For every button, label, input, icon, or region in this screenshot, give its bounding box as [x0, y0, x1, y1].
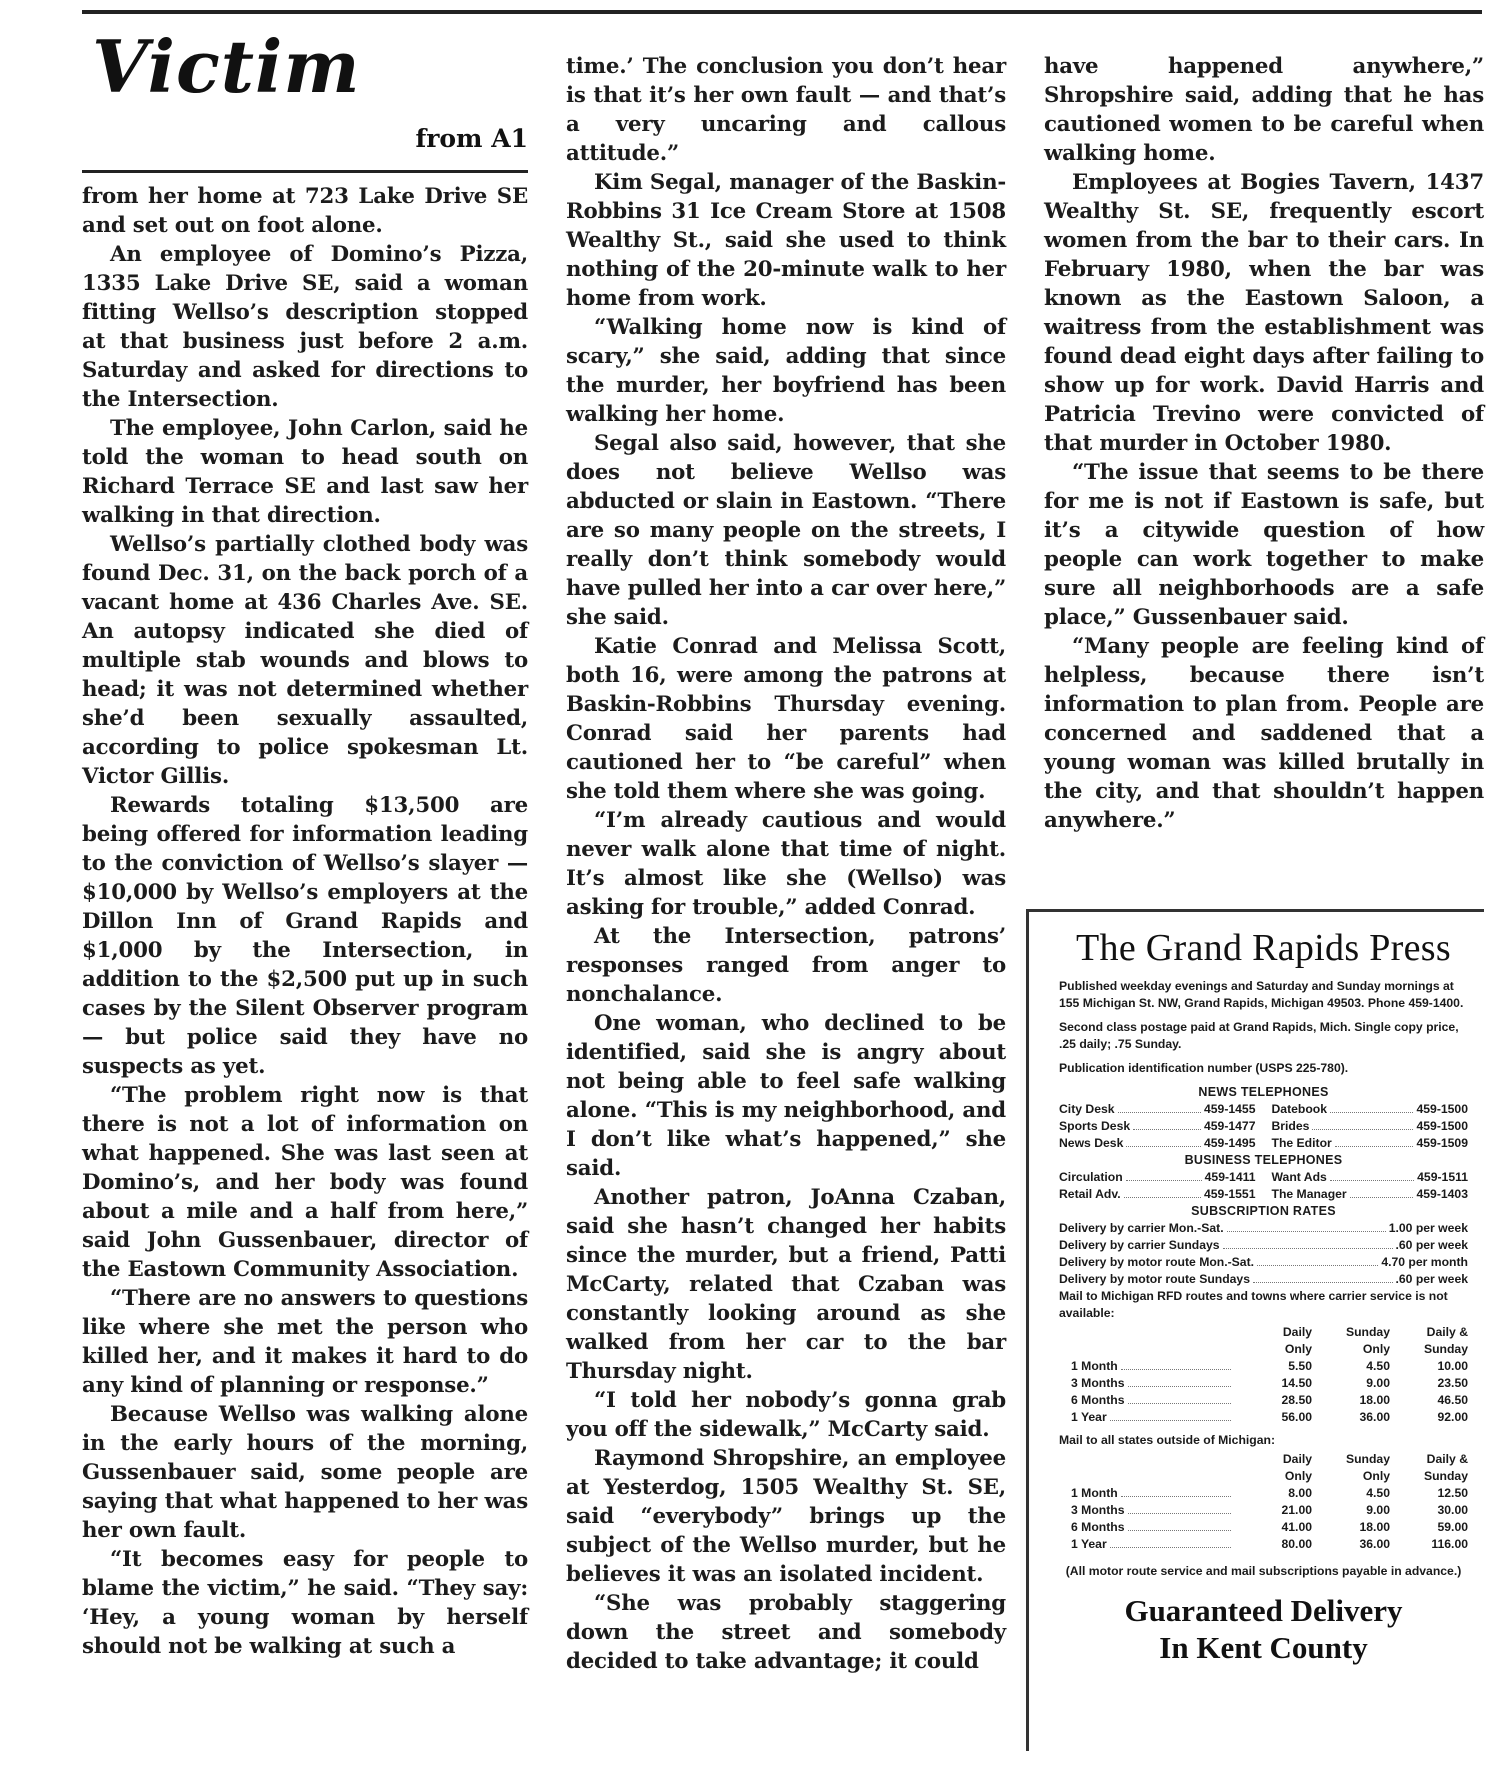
period-label: 6 Months: [1071, 1392, 1125, 1409]
phone-entry: The Manager459-1403: [1272, 1186, 1469, 1203]
paragraph: Segal also said, however, that she does …: [566, 429, 1006, 632]
dot-leader: [1110, 1420, 1231, 1421]
phone-entry: Retail Adv.459-1551: [1059, 1186, 1256, 1203]
rate-label: Delivery by carrier Sundays: [1059, 1237, 1220, 1254]
outside-michigan-note: Mail to all states outside of Michigan:: [1059, 1432, 1468, 1449]
dot-leader: [1350, 1197, 1414, 1198]
michigan-rates-table: DailyOnly SundayOnly Daily &Sunday 1 Mon…: [1059, 1324, 1468, 1426]
period-label: 6 Months: [1071, 1519, 1125, 1536]
rate-cell: 4.50: [1312, 1485, 1390, 1502]
header-line: Only: [1363, 1469, 1390, 1483]
phone-number: 459-1495: [1204, 1135, 1256, 1152]
article-body: have happened anywhere,” Shropshire said…: [1044, 52, 1484, 835]
table-header-blank: [1059, 1451, 1234, 1485]
paragraph: “She was probably staggering down the st…: [566, 1589, 1006, 1676]
rate-cell: 92.00: [1390, 1409, 1468, 1426]
publication-info: Published weekday evenings and Saturday …: [1059, 978, 1468, 1012]
header-line: Daily &: [1427, 1325, 1468, 1339]
header-line: Only: [1285, 1342, 1312, 1356]
dot-leader: [1312, 1129, 1413, 1130]
phone-label: Retail Adv.: [1059, 1186, 1121, 1203]
rate-value: .60 per week: [1396, 1237, 1469, 1254]
header-line: Sunday: [1346, 1325, 1390, 1339]
paragraph: Wellso’s partially clothed body was foun…: [82, 530, 528, 791]
paragraph: “I’m already cautious and would never wa…: [566, 806, 1006, 922]
table-header-row: DailyOnly SundayOnly Daily &Sunday: [1059, 1324, 1468, 1358]
rate-cell: 41.00: [1234, 1519, 1312, 1536]
phone-label: Brides: [1272, 1118, 1310, 1135]
phone-number: 459-1509: [1416, 1135, 1468, 1152]
phone-entry: The Editor459-1509: [1272, 1135, 1469, 1152]
phone-number: 459-1500: [1416, 1118, 1468, 1135]
phone-entry: News Desk459-1495: [1059, 1135, 1256, 1152]
table-row: 6 Months28.5018.0046.50: [1059, 1392, 1468, 1409]
header-line: Daily &: [1427, 1452, 1468, 1466]
period-label: 3 Months: [1071, 1375, 1125, 1392]
column-header: SundayOnly: [1312, 1324, 1390, 1358]
rate-cell: 56.00: [1234, 1409, 1312, 1426]
michigan-mail-note: Mail to Michigan RFD routes and towns wh…: [1059, 1288, 1468, 1322]
business-telephones-list: Circulation459-1411 Want Ads459-1511 Ret…: [1059, 1169, 1468, 1203]
period-cell: 1 Month: [1059, 1485, 1234, 1502]
dot-leader: [1126, 1180, 1202, 1181]
jump-from-label: from A1: [415, 124, 528, 153]
rate-cell: 21.00: [1234, 1502, 1312, 1519]
delivery-rate: Delivery by carrier Sundays.60 per week: [1059, 1237, 1468, 1254]
rate-cell: 28.50: [1234, 1392, 1312, 1409]
phone-label: Circulation: [1059, 1169, 1123, 1186]
header-line: Sunday: [1424, 1469, 1468, 1483]
phone-number: 459-1477: [1204, 1118, 1256, 1135]
column-header: SundayOnly: [1312, 1451, 1390, 1485]
phone-entry: Circulation459-1411: [1059, 1169, 1256, 1186]
paragraph: Employees at Bogies Tavern, 1437 Wealthy…: [1044, 168, 1484, 458]
paragraph: have happened anywhere,” Shropshire said…: [1044, 52, 1484, 168]
phone-entry: Want Ads459-1511: [1272, 1169, 1469, 1186]
table-row: 1 Month5.504.5010.00: [1059, 1358, 1468, 1375]
paragraph: “The issue that seems to be there for me…: [1044, 458, 1484, 632]
rate-cell: 9.00: [1312, 1375, 1390, 1392]
phone-label: The Manager: [1272, 1186, 1347, 1203]
header-line: Sunday: [1424, 1342, 1468, 1356]
paragraph: The employee, John Carlon, said he told …: [82, 414, 528, 530]
table-header-blank: [1059, 1324, 1234, 1358]
news-telephones-heading: NEWS TELEPHONES: [1059, 1084, 1468, 1101]
paragraph: Kim Segal, manager of the Baskin-Robbins…: [566, 168, 1006, 313]
paragraph: from her home at 723 Lake Drive SE and s…: [82, 182, 528, 240]
delivery-rates-list: Delivery by carrier Mon.-Sat.1.00 per we…: [1059, 1220, 1468, 1288]
masthead-box: The Grand Rapids Press Published weekday…: [1026, 909, 1484, 1751]
rate-label: Delivery by carrier Mon.-Sat.: [1059, 1220, 1224, 1237]
rate-cell: 5.50: [1234, 1358, 1312, 1375]
rate-label: Delivery by motor route Mon.-Sat.: [1059, 1254, 1254, 1271]
dot-leader: [1128, 1403, 1232, 1404]
dot-leader: [1128, 1386, 1232, 1387]
table-row: 1 Year80.0036.00116.00: [1059, 1536, 1468, 1553]
rate-cell: 9.00: [1312, 1502, 1390, 1519]
news-telephones-list: City Desk459-1455 Datebook459-1500 Sport…: [1059, 1101, 1468, 1152]
column-header: Daily &Sunday: [1390, 1324, 1468, 1358]
period-cell: 3 Months: [1059, 1502, 1234, 1519]
rate-cell: 23.50: [1390, 1375, 1468, 1392]
rate-value: .60 per week: [1396, 1271, 1469, 1288]
rate-cell: 30.00: [1390, 1502, 1468, 1519]
table-row: 1 Year56.0036.0092.00: [1059, 1409, 1468, 1426]
paragraph: Katie Conrad and Melissa Scott, both 16,…: [566, 632, 1006, 806]
dot-leader: [1330, 1180, 1414, 1181]
period-cell: 1 Month: [1059, 1358, 1234, 1375]
phone-entry: Brides459-1500: [1272, 1118, 1469, 1135]
dot-leader: [1330, 1112, 1413, 1113]
period-cell: 1 Year: [1059, 1409, 1234, 1426]
rate-cell: 36.00: [1312, 1536, 1390, 1553]
business-telephones-heading: BUSINESS TELEPHONES: [1059, 1152, 1468, 1169]
slogan-line: In Kent County: [1059, 1629, 1468, 1666]
paragraph: One woman, who declined to be identified…: [566, 1009, 1006, 1183]
dot-leader: [1110, 1547, 1231, 1548]
paragraph: Rewards totaling $13,500 are being offer…: [82, 791, 528, 1081]
phone-number: 459-1455: [1204, 1101, 1256, 1118]
publication-id: Publication identification number (USPS …: [1059, 1060, 1468, 1077]
phone-entry: Sports Desk459-1477: [1059, 1118, 1256, 1135]
rate-cell: 116.00: [1390, 1536, 1468, 1553]
dot-leader: [1128, 1530, 1232, 1531]
phone-number: 459-1500: [1416, 1101, 1468, 1118]
header-line: Sunday: [1346, 1452, 1390, 1466]
paragraph: “I told her nobody’s gonna grab you off …: [566, 1386, 1006, 1444]
article-column-3: have happened anywhere,” Shropshire said…: [1044, 52, 1484, 835]
advance-payment-note: (All motor route service and mail subscr…: [1059, 1563, 1468, 1580]
outside-michigan-rates-table: DailyOnly SundayOnly Daily &Sunday 1 Mon…: [1059, 1451, 1468, 1553]
article-column-2: time.’ The conclusion you don’t hear is …: [566, 52, 1006, 1676]
phone-label: Sports Desk: [1059, 1118, 1130, 1135]
paragraph: Raymond Shropshire, an employee at Yeste…: [566, 1444, 1006, 1589]
paragraph: “Walking home now is kind of scary,” she…: [566, 313, 1006, 429]
delivery-rate: Delivery by motor route Mon.-Sat.4.70 pe…: [1059, 1254, 1468, 1271]
rate-value: 1.00 per week: [1389, 1220, 1468, 1237]
period-cell: 1 Year: [1059, 1536, 1234, 1553]
period-label: 1 Month: [1071, 1358, 1118, 1375]
phone-label: News Desk: [1059, 1135, 1123, 1152]
dot-leader: [1133, 1129, 1201, 1130]
phone-number: 459-1411: [1205, 1169, 1256, 1186]
subscription-rates-heading: SUBSCRIPTION RATES: [1059, 1203, 1468, 1220]
newspaper-name: The Grand Rapids Press: [1059, 926, 1468, 970]
rate-cell: 18.00: [1312, 1519, 1390, 1536]
phone-label: City Desk: [1059, 1101, 1115, 1118]
dot-leader: [1124, 1197, 1201, 1198]
paragraph: Another patron, JoAnna Czaban, said she …: [566, 1183, 1006, 1386]
header-line: Only: [1363, 1342, 1390, 1356]
delivery-rate: Delivery by motor route Sundays.60 per w…: [1059, 1271, 1468, 1288]
rate-cell: 8.00: [1234, 1485, 1312, 1502]
paragraph: An employee of Domino’s Pizza, 1335 Lake…: [82, 240, 528, 414]
period-label: 1 Year: [1071, 1536, 1107, 1553]
column-header: DailyOnly: [1234, 1451, 1312, 1485]
article-column-1: Victim from A1 from her home at 723 Lake…: [82, 0, 528, 1661]
header-line: Only: [1285, 1469, 1312, 1483]
rate-cell: 18.00: [1312, 1392, 1390, 1409]
phone-label: Want Ads: [1272, 1169, 1327, 1186]
period-cell: 3 Months: [1059, 1375, 1234, 1392]
header-line: Daily: [1283, 1325, 1312, 1339]
period-cell: 6 Months: [1059, 1519, 1234, 1536]
paragraph: At the Intersection, patrons’ responses …: [566, 922, 1006, 1009]
dot-leader: [1257, 1265, 1378, 1266]
table-row: 1 Month8.004.5012.50: [1059, 1485, 1468, 1502]
table-row: 3 Months14.509.0023.50: [1059, 1375, 1468, 1392]
rate-cell: 14.50: [1234, 1375, 1312, 1392]
dot-leader: [1126, 1146, 1201, 1147]
slogan-line: Guaranteed Delivery: [1059, 1592, 1468, 1629]
rate-cell: 10.00: [1390, 1358, 1468, 1375]
dot-leader: [1253, 1282, 1393, 1283]
rate-cell: 36.00: [1312, 1409, 1390, 1426]
postage-info: Second class postage paid at Grand Rapid…: [1059, 1019, 1468, 1053]
rate-value: 4.70 per month: [1381, 1254, 1468, 1271]
delivery-slogan: Guaranteed Delivery In Kent County: [1059, 1592, 1468, 1666]
paragraph: “Many people are feeling kind of helples…: [1044, 632, 1484, 835]
phone-label: Datebook: [1272, 1101, 1328, 1118]
period-label: 1 Month: [1071, 1485, 1118, 1502]
dot-leader: [1121, 1496, 1231, 1497]
dot-leader: [1118, 1112, 1201, 1113]
table-row: 3 Months21.009.0030.00: [1059, 1502, 1468, 1519]
paragraph: “There are no answers to questions like …: [82, 1284, 528, 1400]
phone-number: 459-1403: [1416, 1186, 1468, 1203]
header-line: Daily: [1283, 1452, 1312, 1466]
phone-number: 459-1551: [1204, 1186, 1256, 1203]
jump-title: Victim: [92, 24, 361, 109]
dot-leader: [1335, 1146, 1414, 1147]
jump-rule: [82, 170, 528, 173]
rate-cell: 59.00: [1390, 1519, 1468, 1536]
period-label: 3 Months: [1071, 1502, 1125, 1519]
column-header: Daily &Sunday: [1390, 1451, 1468, 1485]
period-label: 1 Year: [1071, 1409, 1107, 1426]
period-cell: 6 Months: [1059, 1392, 1234, 1409]
table-header-row: DailyOnly SundayOnly Daily &Sunday: [1059, 1451, 1468, 1485]
article-body: time.’ The conclusion you don’t hear is …: [566, 52, 1006, 1676]
dot-leader: [1128, 1513, 1232, 1514]
delivery-rate: Delivery by carrier Mon.-Sat.1.00 per we…: [1059, 1220, 1468, 1237]
table-row: 6 Months41.0018.0059.00: [1059, 1519, 1468, 1536]
article-body: from her home at 723 Lake Drive SE and s…: [82, 182, 528, 1661]
rate-label: Delivery by motor route Sundays: [1059, 1271, 1250, 1288]
paragraph: “The problem right now is that there is …: [82, 1081, 528, 1284]
rate-cell: 4.50: [1312, 1358, 1390, 1375]
phone-entry: Datebook459-1500: [1272, 1101, 1469, 1118]
rate-cell: 80.00: [1234, 1536, 1312, 1553]
jump-headline: Victim from A1: [82, 0, 528, 178]
rate-cell: 46.50: [1390, 1392, 1468, 1409]
paragraph: “It becomes easy for people to blame the…: [82, 1545, 528, 1661]
phone-label: The Editor: [1272, 1135, 1332, 1152]
dot-leader: [1223, 1248, 1393, 1249]
paragraph: time.’ The conclusion you don’t hear is …: [566, 52, 1006, 168]
column-header: DailyOnly: [1234, 1324, 1312, 1358]
rate-cell: 12.50: [1390, 1485, 1468, 1502]
paragraph: Because Wellso was walking alone in the …: [82, 1400, 528, 1545]
phone-number: 459-1511: [1417, 1169, 1468, 1186]
phone-entry: City Desk459-1455: [1059, 1101, 1256, 1118]
dot-leader: [1227, 1231, 1386, 1232]
dot-leader: [1121, 1369, 1231, 1370]
